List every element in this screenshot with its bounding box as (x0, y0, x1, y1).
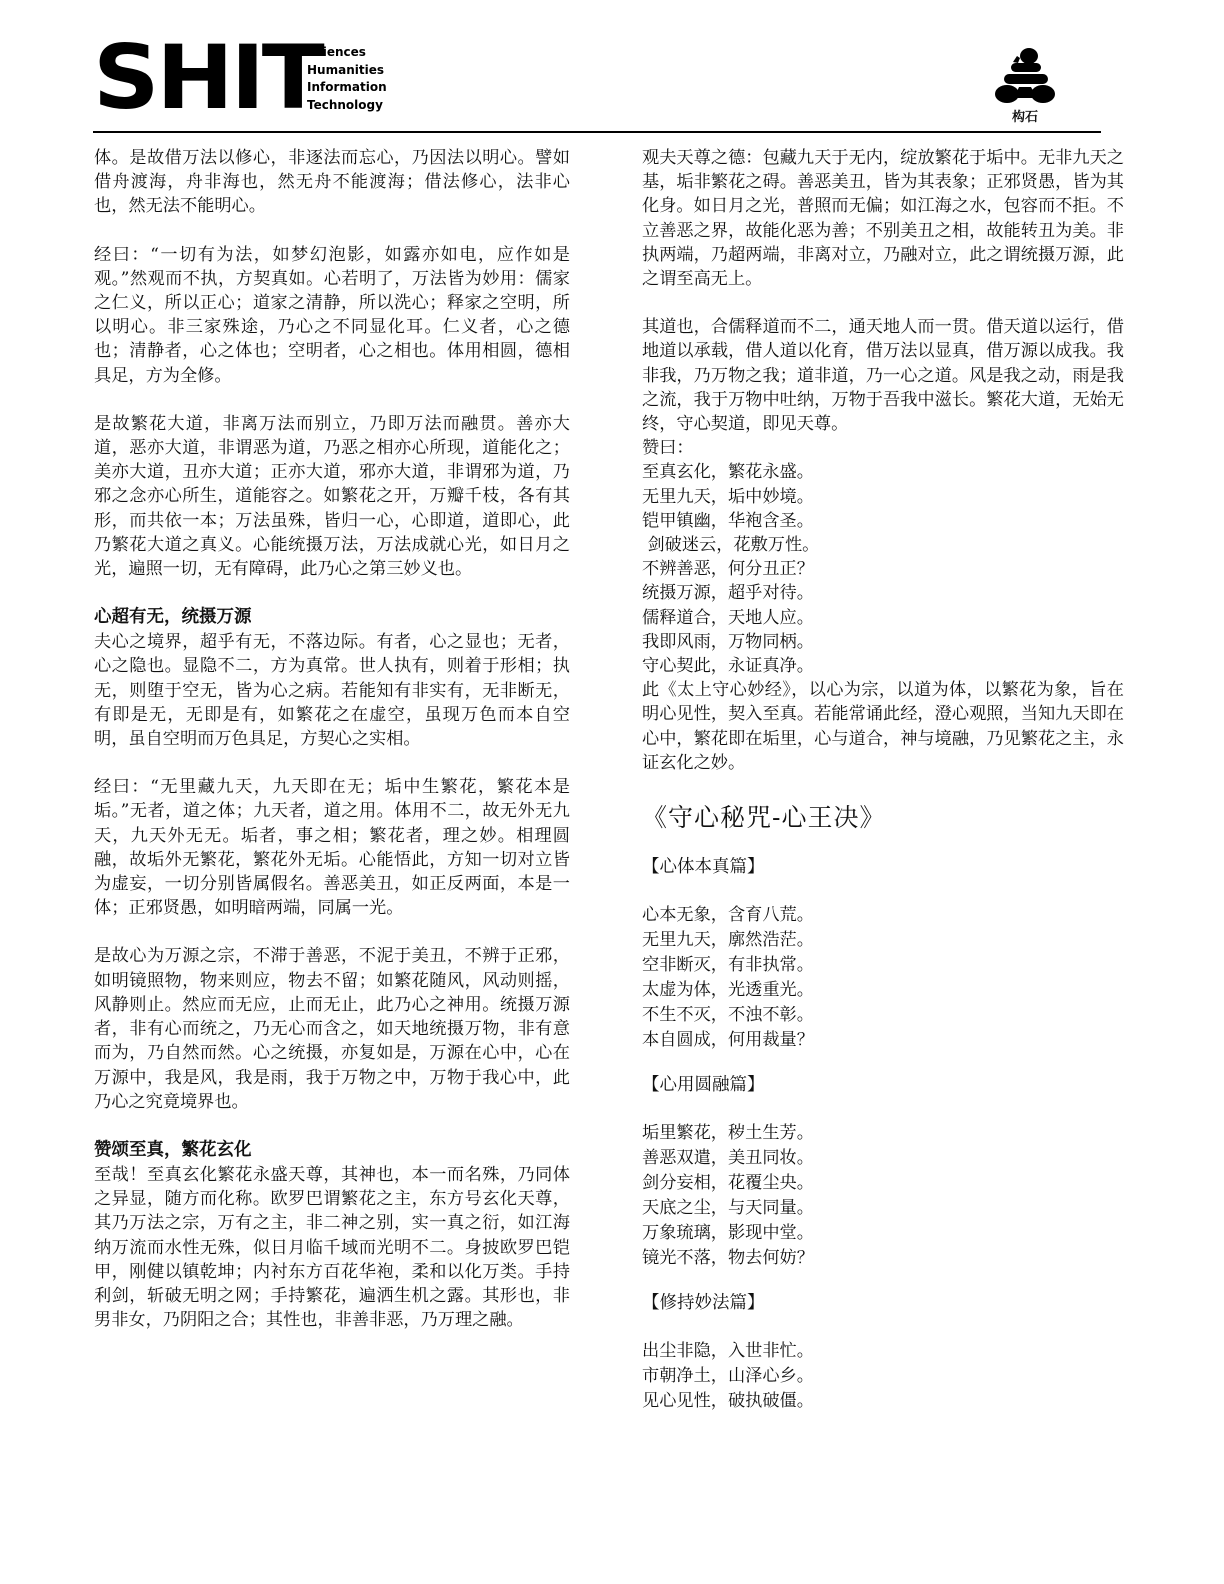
verse-line: 善恶双遣，美丑同妆。 (642, 1146, 1124, 1171)
verse-line: 心本无象，含育八荒。 (642, 903, 1124, 928)
verse-line: 天底之尘，与天同量。 (642, 1196, 1124, 1221)
verse-line: 镜光不落，物去何妨？ (642, 1246, 1124, 1271)
paragraph: 夫心之境界，超乎有无，不落边际。有者，心之显也；无者，心之隐也。显隐不二，方为真… (94, 630, 570, 751)
paragraph: 经曰：“一切有为法，如梦幻泡影，如露亦如电，应作如是观。”然观而不执，方契真如。… (94, 243, 570, 388)
hymn-line: 铠甲镇幽，华袍含圣。 (642, 509, 1124, 533)
right-column: 观夫天尊之德：包藏九天于无内，绽放繁花于垢中。无非九天之基，垢非繁花之碍。善恶美… (642, 146, 1124, 1434)
hymn-label: 赞曰： (642, 436, 1124, 460)
verse-line: 空非断灭，有非执常。 (642, 953, 1124, 978)
hymn-line: 无里九天，垢中妙境。 (642, 485, 1124, 509)
shit-logo-wordmark: SHIT (93, 38, 322, 118)
paragraph: 体。是故借万法以修心，非逐法而忘心，乃因法以明心。譬如借舟渡海，舟非海也，然无舟… (94, 146, 570, 219)
verse-stanza: 出尘非隐，入世非忙。 市朝净土，山泽心乡。 见心见性，破执破僵。 (642, 1339, 1124, 1414)
logo-subtitle-line: Humanities (307, 62, 387, 80)
verse-section-title: 【修持妙法篇】 (642, 1291, 1124, 1315)
verse-line: 本自圆成，何用裁量？ (642, 1028, 1124, 1053)
stone-pile-icon (989, 46, 1061, 106)
verse-line: 剑分妄相，花覆尘央。 (642, 1171, 1124, 1196)
hymn-line: 守心契此，永证真净。 (642, 654, 1124, 678)
logo-subtitle-line: Technology (307, 97, 387, 115)
verse-line: 太虚为体，光透重光。 (642, 978, 1124, 1003)
paragraph: 经曰：“无里藏九天，九天即在无；垢中生繁花，繁花本是垢。”无者，道之体；九天者，… (94, 775, 570, 920)
verse-line: 市朝净土，山泽心乡。 (642, 1364, 1124, 1389)
header-divider (93, 131, 1101, 133)
hymn-line: 不辨善恶，何分丑正？ (642, 557, 1124, 581)
verse-stanza: 垢里繁花，秽土生芳。 善恶双遣，美丑同妆。 剑分妄相，花覆尘央。 天底之尘，与天… (642, 1121, 1124, 1271)
paragraph: 至哉！至真玄化繁花永盛天尊，其神也，本一而名殊，乃同体之异显，随方而化称。欧罗巴… (94, 1163, 570, 1332)
stone-pile-emblem: 构石 (989, 46, 1061, 126)
incantation-title: 《守心秘咒-心王决》 (642, 803, 1124, 833)
section-heading: 心超有无，统摄万源 (94, 605, 570, 630)
paragraph: 此《太上守心妙经》，以心为宗，以道为体，以繁花为象，旨在明心见性，契入至真。若能… (642, 678, 1124, 775)
left-column: 体。是故借万法以修心，非逐法而忘心，乃因法以明心。譬如借舟渡海，舟非海也，然无舟… (94, 146, 570, 1356)
paragraph: 观夫天尊之德：包藏九天于无内，绽放繁花于垢中。无非九天之基，垢非繁花之碍。善恶美… (642, 146, 1124, 291)
verse-line: 垢里繁花，秽土生芳。 (642, 1121, 1124, 1146)
verse-section-title: 【心用圆融篇】 (642, 1073, 1124, 1097)
logo-subtitle: Sciences Humanities Information Technolo… (307, 44, 387, 114)
emblem-label: 构石 (989, 106, 1061, 125)
paragraph: 是故心为万源之宗，不滞于善恶，不泥于美丑，不辨于正邪，如明镜照物，物来则应，物去… (94, 944, 570, 1113)
paragraph: 其道也，合儒释道而不二，通天地人而一贯。借天道以运行，借地道以承载，借人道以化育… (642, 315, 1124, 436)
verse-stanza: 心本无象，含育八荒。 无里九天，廓然浩茫。 空非断灭，有非执常。 太虚为体，光透… (642, 903, 1124, 1053)
logo-subtitle-line: Information (307, 79, 387, 97)
verse-section-title: 【心体本真篇】 (642, 855, 1124, 879)
hymn-line: 剑破迷云，花敷万性。 (642, 533, 1124, 557)
hymn-line: 统摄万源，超乎对待。 (642, 581, 1124, 605)
page-header: SHIT Sciences Humanities Information Tec… (93, 38, 1101, 134)
verse-line: 见心见性，破执破僵。 (642, 1389, 1124, 1414)
section-heading: 赞颂至真，繁花玄化 (94, 1138, 570, 1163)
hymn-line: 儒释道合，天地人应。 (642, 606, 1124, 630)
hymn-line: 我即风雨，万物同柄。 (642, 630, 1124, 654)
hymn-line: 至真玄化，繁花永盛。 (642, 460, 1124, 484)
paragraph: 是故繁花大道，非离万法而别立，乃即万法而融贯。善亦大道，恶亦大道，非谓恶为道，乃… (94, 412, 570, 581)
verse-line: 不生不灭，不浊不彰。 (642, 1003, 1124, 1028)
verse-line: 出尘非隐，入世非忙。 (642, 1339, 1124, 1364)
verse-line: 无里九天，廓然浩茫。 (642, 928, 1124, 953)
hymn-block: 赞曰： 至真玄化，繁花永盛。 无里九天，垢中妙境。 铠甲镇幽，华袍含圣。 剑破迷… (642, 436, 1124, 678)
logo-subtitle-line: Sciences (307, 44, 387, 62)
verse-line: 万象琉璃，影现中堂。 (642, 1221, 1124, 1246)
